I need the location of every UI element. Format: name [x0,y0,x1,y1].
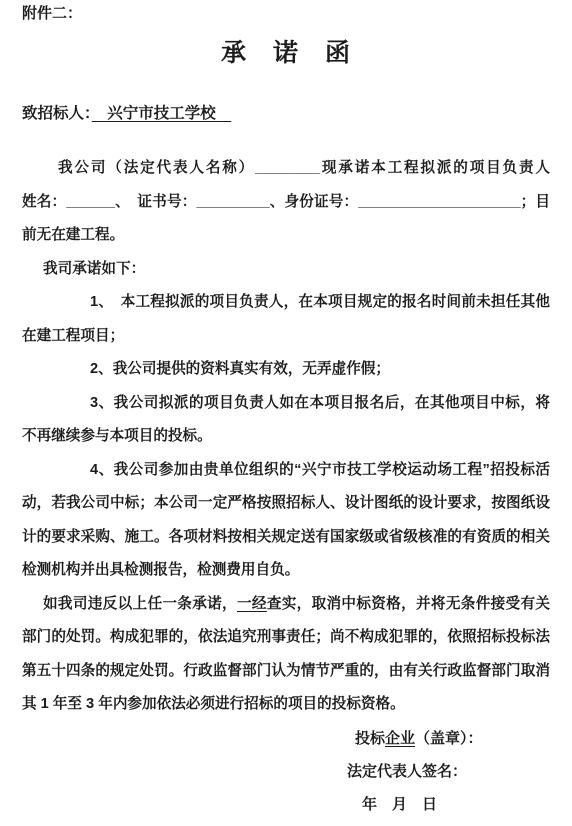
signature-legal-rep-line: 法定代表人签名： [347,755,550,788]
paragraph-company-declaration: 我公司（法定代表人名称）________现承诺本工程拟派的项目负责人 姓名：__… [22,152,550,253]
letter-body: 我公司（法定代表人名称）________现承诺本工程拟派的项目负责人 姓名：__… [22,152,550,722]
commitment-letter-page: 附件二： 承 诺 函 致招标人： 兴宁市技工学校 我公司（法定代表人名称）___… [0,0,572,826]
commitment-item-2: 2、我公司提供的资料真实有效，无弄虚作假； [22,353,550,387]
commitment-item-4: 4、我公司参加由贵单位组织的“兴宁市技工学校运动场工程”招投标活动，若我公司中标… [22,454,550,588]
penalty-text-after: 查实，取消中标资格，并将无条件接受有关部门的处罚。构成犯罪的，依法追究刑事责任；… [22,596,550,713]
signature-date-line: 年 月 日 [362,788,550,821]
signature-company-line: 投标企业（盖章）： [355,722,550,755]
addressee-value: 兴宁市技工学校 [92,105,232,122]
paragraph-penalty: 如我司违反以上任一条承诺，一经查实，取消中标资格，并将无条件接受有关部门的处罚。… [22,588,550,722]
penalty-text-underlined: 一经 [237,596,267,612]
document-title: 承 诺 函 [22,36,550,70]
signature-company-underlined: 企业 [385,730,415,747]
signature-company-suffix: （盖章）： [415,730,483,747]
attachment-label: 附件二： [22,4,550,24]
penalty-text-before: 如我司违反以上任一条承诺， [43,596,237,612]
signature-block: 投标企业（盖章）： 法定代表人签名： 年 月 日 [22,722,550,822]
commitment-item-1: 1、 本工程拟派的项目负责人，在本项目规定的报名时间前未担任其他在建工程项目； [22,286,550,353]
addressee-label: 致招标人： [22,105,92,122]
paragraph-promise-intro: 我司承诺如下： [22,253,550,287]
commitment-item-3: 3、我公司拟派的项目负责人如在本项目报名后，在其他项目中标，将不再继续参与本项目… [22,387,550,454]
addressee-line: 致招标人： 兴宁市技工学校 [22,102,550,126]
signature-company-prefix: 投标 [355,730,385,747]
